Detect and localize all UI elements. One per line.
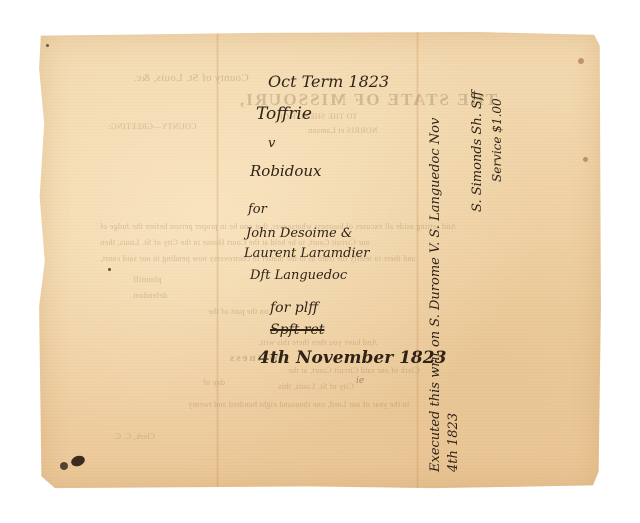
bleed-body-5: defendant xyxy=(133,291,167,300)
ink-term: Oct Term 1823 xyxy=(268,72,389,91)
ink-sheriff-line: S. Simonds Sh. Sff xyxy=(470,91,485,212)
bleed-county-label: COUNTY—GREETING: xyxy=(108,122,196,131)
bleed-body-11: in the year of our Lord, one thousand ei… xyxy=(188,400,409,409)
ink-speck-mid xyxy=(108,268,111,271)
bleed-clerk: Clerk, C. C. xyxy=(113,432,155,441)
ink-speck-corner xyxy=(46,44,49,47)
ink-blot-large xyxy=(70,454,87,468)
bleed-body-9: City of St. Louis, this xyxy=(278,382,354,391)
ink-party-line-3: Dft Languedoc xyxy=(250,268,347,283)
bleed-body-6: on the part of the xyxy=(208,307,268,316)
ink-executed-line: Executed this writ on S. Durome V. S. La… xyxy=(428,118,443,472)
bleed-body-7: And have you then there this writ. xyxy=(258,338,377,347)
ink-for-plff: for plff xyxy=(270,300,318,316)
stain-top-right xyxy=(578,58,584,64)
ink-versus: v xyxy=(268,136,275,151)
ink-defendant: Robidoux xyxy=(250,162,321,180)
bleed-body-4: plaintiff xyxy=(133,275,161,284)
bleed-county-line: County of St. Louis, &c. xyxy=(133,72,249,84)
ink-executed-date: 4th 1823 xyxy=(446,413,461,472)
ink-blot-small xyxy=(60,462,68,470)
ink-party-line-2: Laurent Laramdier xyxy=(244,246,369,261)
ink-for-label: for xyxy=(248,202,267,217)
ink-date: 4th November 1823 xyxy=(258,348,446,368)
ink-struck-text: Spft ret xyxy=(270,322,324,338)
stain-right-edge xyxy=(583,157,588,162)
pencil-note: ie xyxy=(356,376,364,386)
aged-paper-sheet: County of St. Louis, &c. THE STATE OF MI… xyxy=(38,32,602,490)
ink-party-line-1: John Desoime & xyxy=(246,226,352,241)
bleed-printer: NORRIS et Lamson xyxy=(308,126,378,135)
bleed-body-10: day of xyxy=(203,378,225,387)
ink-fee-line: Service $1.00 xyxy=(490,98,504,182)
ink-plaintiff: Toffrie xyxy=(256,104,312,124)
document-stage: County of St. Louis, &c. THE STATE OF MI… xyxy=(0,0,640,523)
